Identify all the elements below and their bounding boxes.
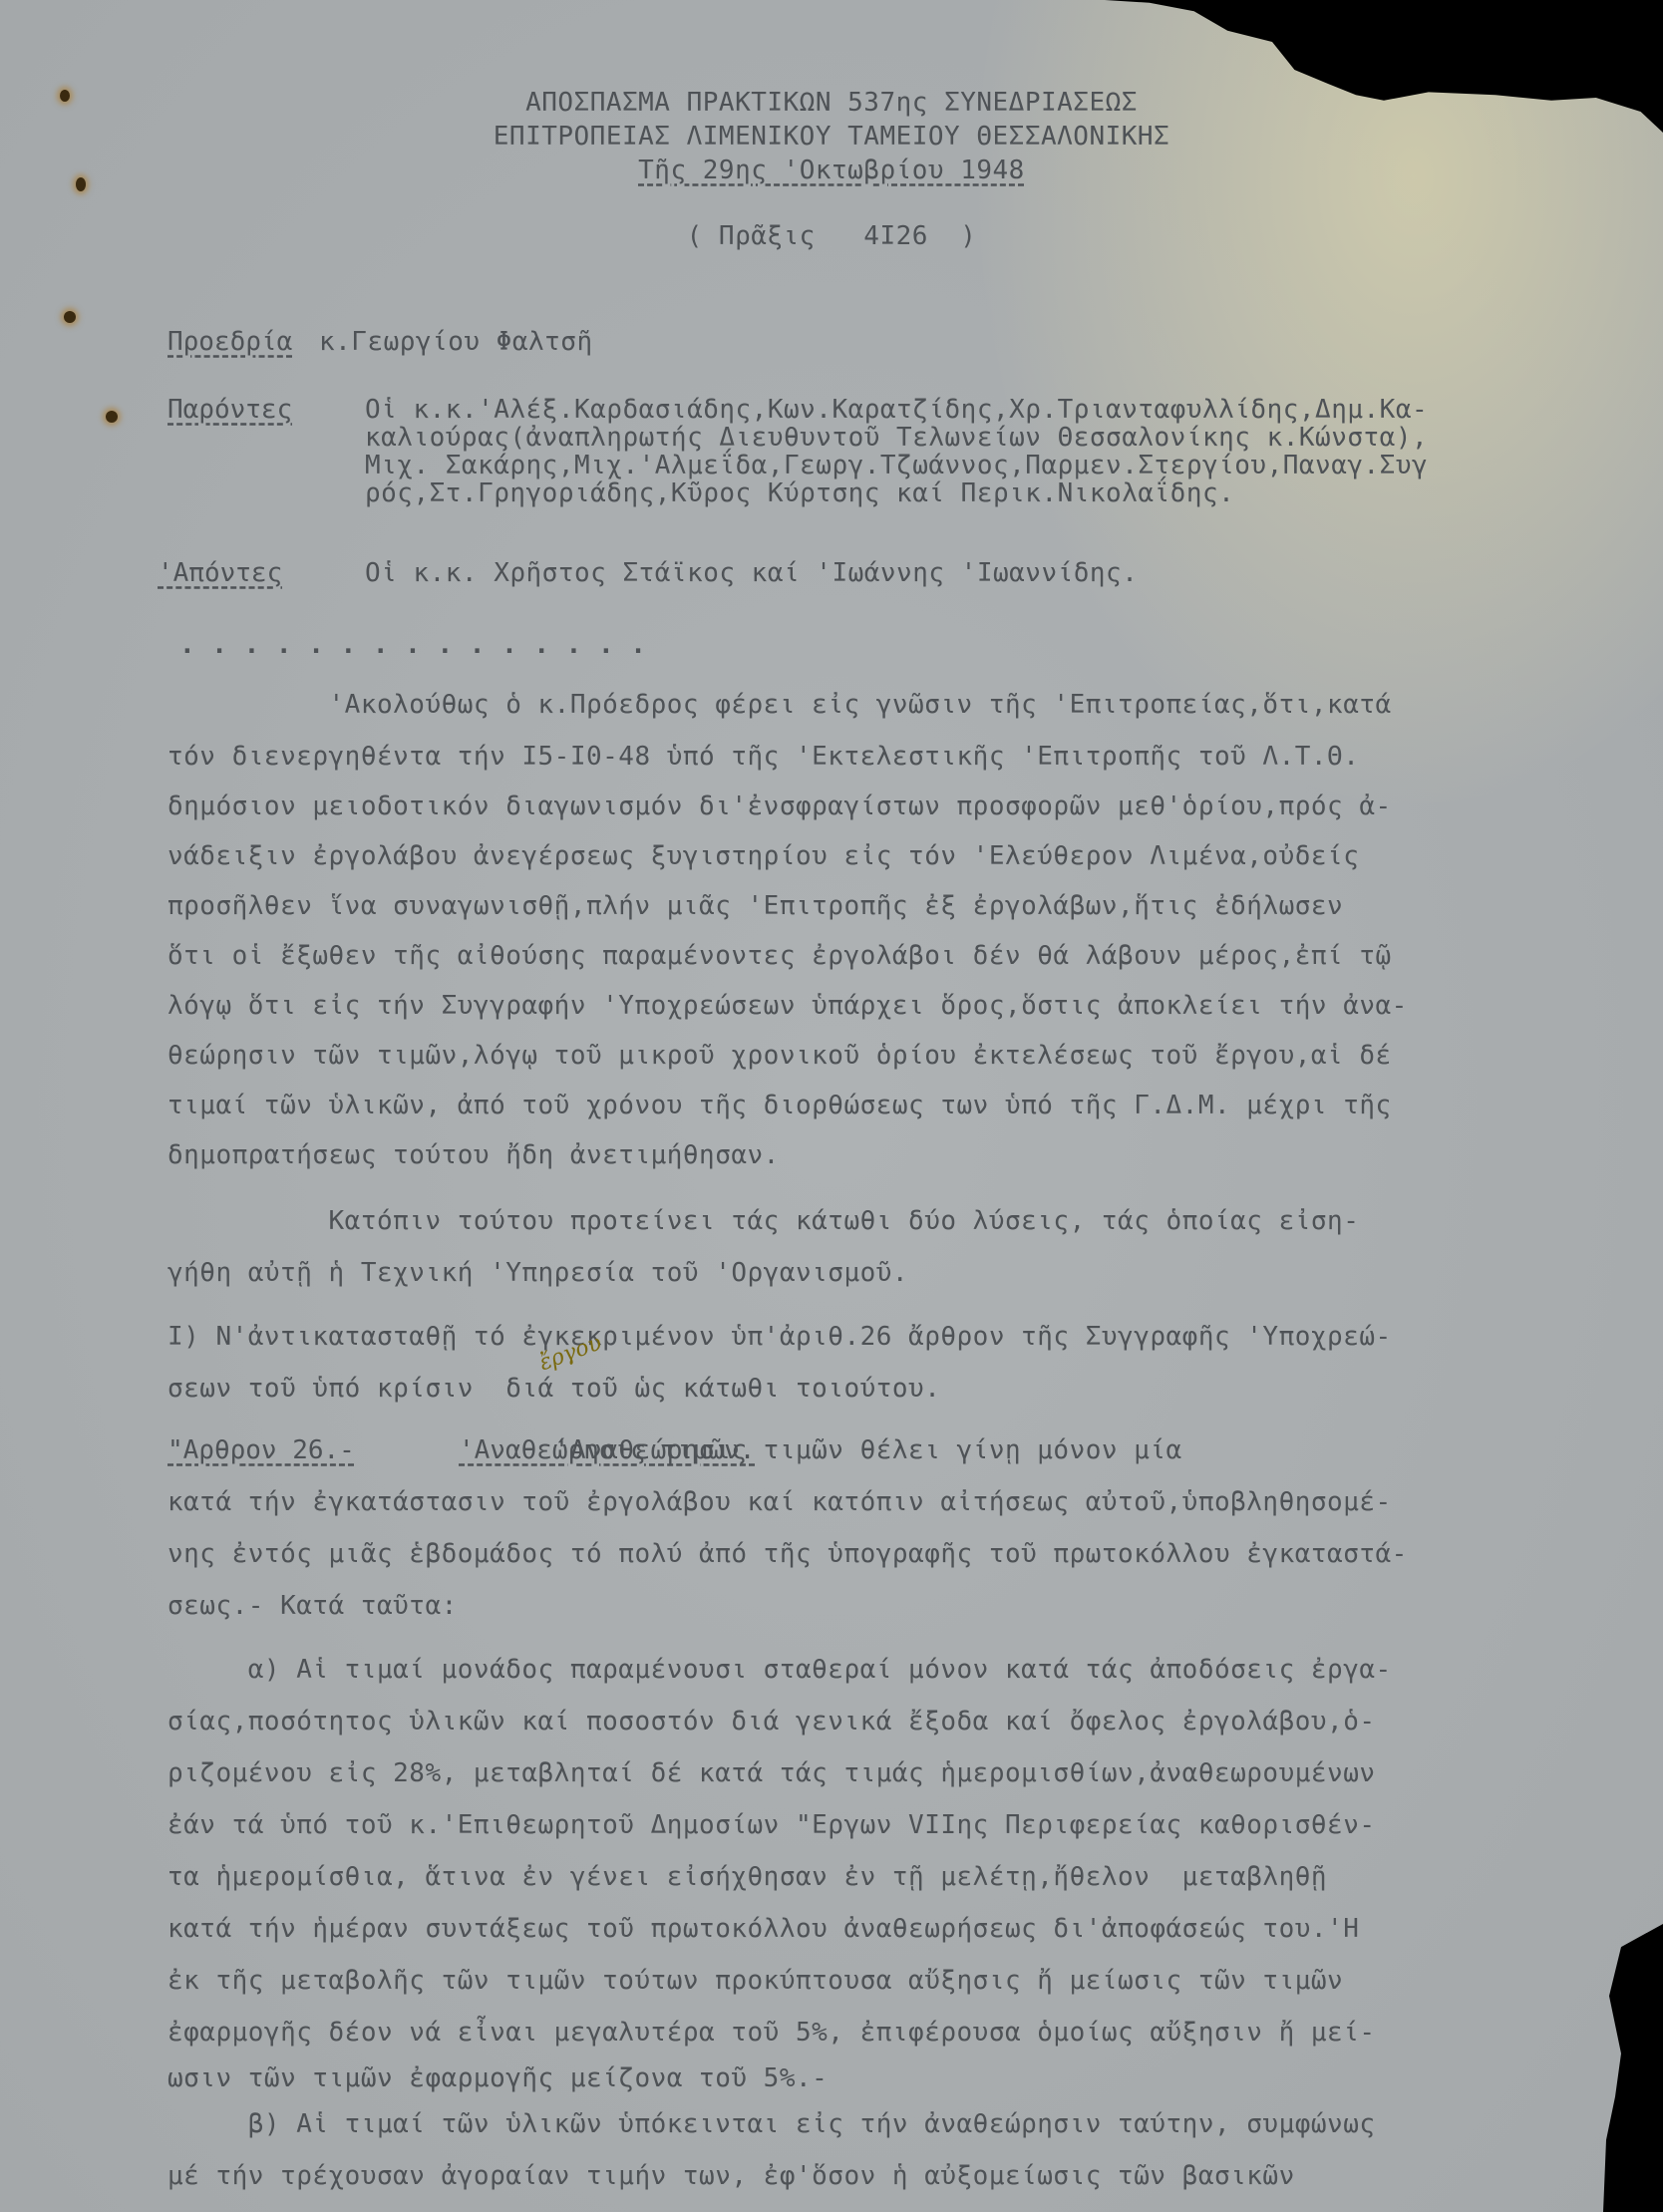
article-line: 'Αναθεώρησις τιμῶν θέλει γίνῃ μόνον μία [167, 1435, 1182, 1465]
present-line: ρός,Στ.Γρηγοριάδης,Κῦρος Κύρτσης καί Περ… [365, 478, 1234, 508]
body-line: δημοπρατήσεως τούτου ἤδη ἀνετιμήθησαν. [167, 1140, 780, 1170]
body-line: λόγῳ ὅτι εἰς τήν Συγγραφήν 'Υποχρεώσεων … [167, 991, 1408, 1021]
sub-a-line: ωσιν τῶν τιμῶν ἐφαρμογῆς μείζονα τοῦ 5%.… [167, 2063, 828, 2093]
sub-a-line: σίας,ποσότητος ὑλικῶν καί ποσοστόν διά γ… [167, 1707, 1376, 1737]
body-line: γήθη αὐτῇ ἡ Τεχνική 'Υπηρεσία τοῦ 'Οργαν… [167, 1258, 908, 1288]
header-line-2: ΕΠΙΤΡΟΠΕΙΑΣ ΛΙΜΕΝΙΚΟΥ ΤΑΜΕΙΟΥ ΘΕΣΣΑΛΟΝΙΚ… [0, 122, 1663, 152]
present-line: Μιχ. Σακάρης,Μιχ.'Αλμεΐδα,Γεωργ.Τζωάννος… [365, 451, 1428, 480]
body-line: δημόσιον μειοδοτικόν διαγωνισμόν δι'ἐνσφ… [167, 791, 1392, 821]
article-line: κατά τήν ἐγκατάστασιν τοῦ ἐργολάβου καί … [167, 1487, 1392, 1517]
header-line-1: ΑΠΟΣΠΑΣΜΑ ΠΡΑΚΤΙΚΩΝ 537ης ΣΥΝΕΔΡΙΑΣΕΩΣ [0, 88, 1663, 118]
item-line: Ι) Ν'ἀντικατασταθῇ τό ἐγκεκριμένον ὑπ'ἀρ… [167, 1322, 1392, 1352]
body-line: θεώρησιν τῶν τιμῶν,λόγῳ τοῦ μικροῦ χρονι… [167, 1041, 1392, 1071]
item-line: σεων τοῦ ὑπό κρίσιν διά τοῦ ὡς κάτωθι το… [167, 1374, 940, 1404]
act-number: ( Πρᾶξις 4Ι26 ) [0, 221, 1663, 251]
sub-b-line: β) Αἱ τιμαί τῶν ὑλικῶν ὑπόκεινται εἰς τή… [167, 2109, 1376, 2139]
sub-a-line: α) Αἱ τιμαί μονάδος παραμένουσι σταθεραί… [167, 1655, 1392, 1685]
article-line: νης ἐντός μιᾶς ἑβδομάδος τό πολύ ἀπό τῆς… [167, 1539, 1408, 1569]
present-label: Παρόντες [167, 395, 292, 425]
body-line: νάδειξιν ἐργολάβου ἀνεγέρσεως ξυγιστηρίο… [167, 841, 1359, 871]
ellipsis-separator: . . . . . . . . . . . . . . . [179, 630, 646, 660]
sub-a-line: ἐφαρμογῆς δέον νά εἶναι μεγαλυτέρα τοῦ 5… [167, 2018, 1376, 2048]
present-line: Οἱ κ.κ.'Αλέξ.Καρδασιάδης,Κων.Καρατζίδης,… [365, 395, 1428, 425]
sub-a-line: κατά τήν ἡμέραν συντάξεως τοῦ πρωτοκόλλο… [167, 1914, 1359, 1944]
body-line: ὅτι οἱ ἔξωθεν τῆς αἰθούσης παραμένοντες … [167, 941, 1392, 971]
rust-stain [106, 411, 118, 423]
body-line: τιμαί τῶν ὑλικῶν, ἀπό τοῦ χρόνου τῆς διο… [167, 1091, 1392, 1120]
body-line: τόν διενεργηθέντα τήν Ι5-Ι0-48 ὑπό τῆς '… [167, 742, 1359, 772]
presidency-label: Προεδρία [167, 327, 292, 357]
sub-b-line: μέ τήν τρέχουσαν ἀγοραίαν τιμήν των, ἐφ'… [167, 2161, 1295, 2191]
presidency-value: κ.Γεωργίου Φαλτσῆ [319, 327, 593, 357]
sub-a-line: τα ἡμερομίσθια, ἅτινα ἐν γένει εἰσήχθησα… [167, 1862, 1327, 1892]
body-line: προσῆλθεν ἵνα συναγωνισθῇ,πλήν μιᾶς 'Επι… [167, 891, 1343, 921]
absent-value: Οἱ κ.κ. Χρῆστος Στάϊκος καί 'Ιωάννης 'Ιω… [365, 558, 1138, 588]
sub-a-line: ἐκ τῆς μεταβολῆς τῶν τιμῶν τούτων προκύπ… [167, 1966, 1343, 1996]
sub-a-line: ριζομένου εἰς 28%, μεταβληταί δέ κατά τά… [167, 1758, 1376, 1788]
sub-a-line: ἐάν τά ὑπό τοῦ κ.'Επιθεωρητοῦ Δημοσίων "… [167, 1810, 1376, 1840]
present-line: καλιούρας(ἀναπληρωτής Διευθυντοῦ Τελωνεί… [365, 423, 1428, 453]
article-line: σεως.- Κατά ταῦτα: [167, 1591, 458, 1621]
absent-label: 'Απόντες [158, 558, 282, 588]
body-line: Κατόπιν τούτου προτείνει τάς κάτωθι δύο … [167, 1206, 1359, 1236]
header-date: Τῆς 29ης 'Οκτωβρίου 1948 [0, 156, 1663, 185]
body-line: 'Ακολούθως ὁ κ.Πρόεδρος φέρει εἰς γνῶσιν… [167, 690, 1392, 720]
rust-stain [64, 311, 76, 323]
